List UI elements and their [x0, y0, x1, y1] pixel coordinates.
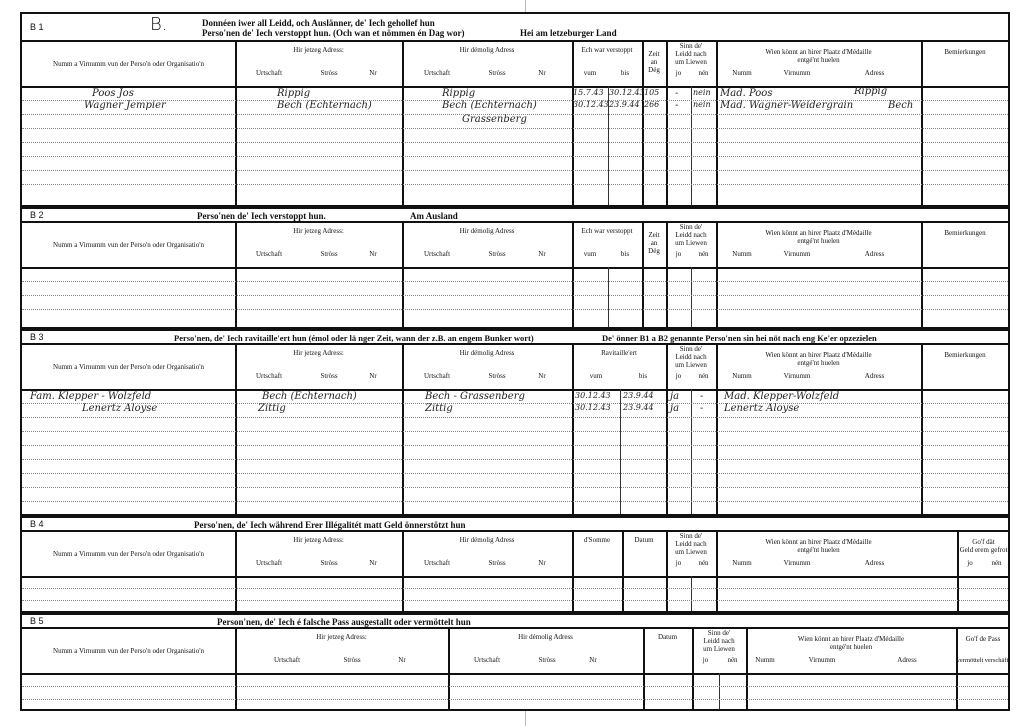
- row-name: Fam. Klepper - Wolzfeld: [30, 391, 151, 402]
- header-money-asked: Geld erem gefrot: [957, 546, 1010, 555]
- header-bought: verschäft: [983, 656, 1010, 665]
- row-name: Poos Jos: [92, 88, 134, 99]
- header-street: Stròss: [304, 69, 354, 78]
- section-code: B 3: [30, 332, 44, 342]
- column-header-row: Numm a Virnumm vun der Perso'n oder Orga…: [22, 223, 1008, 269]
- header-street: Stròss: [304, 250, 354, 259]
- header-from: vum: [572, 372, 620, 381]
- section-code: B 2: [30, 210, 44, 220]
- row-medal-address: Bech: [888, 100, 913, 111]
- section-b5: B 5 Person'nen, de' Iech é falsche Pass …: [20, 613, 1010, 711]
- form-letter: B.: [150, 14, 168, 35]
- section-b3-header: B 3 Perso'nen, de' Iech ravitaille'ert h…: [22, 331, 1008, 345]
- row-medal-address: Rippig: [854, 86, 887, 97]
- header-medal-firstname: Virnumm: [767, 250, 827, 259]
- header-yes: jo: [957, 559, 983, 568]
- section-b5-header: B 5 Person'nen, de' Iech é falsche Pass …: [22, 615, 1008, 629]
- header-alive: um Liewen: [692, 645, 746, 654]
- section-title-right: Am Ausland: [410, 211, 458, 221]
- header-name: Numm a Virnumm vun der Perso'n oder Orga…: [22, 60, 235, 69]
- section-b1-header: B 1 B. Donnéen iwer all Leidd, och Auslä…: [22, 14, 1008, 42]
- row-no: -: [700, 391, 703, 402]
- header-nr: Nr: [358, 372, 388, 381]
- header-alive: um Liewen: [666, 239, 716, 248]
- header-nr: Nr: [527, 250, 557, 259]
- section-title-right: De' önner B1 a B2 genannte Perso'nen sin…: [602, 333, 877, 343]
- header-sum: d'Somme: [572, 536, 622, 545]
- row-days: 105: [644, 88, 659, 97]
- header-mediated: vermöttelt: [956, 656, 984, 665]
- section-code: B 4: [30, 519, 44, 529]
- section-title: Perso'nen, de' Iech während Erer Illégal…: [194, 520, 465, 530]
- header-medal: entgé'nt huelen: [746, 643, 956, 652]
- header-name: Numm a Virnumm vun der Perso'n oder Orga…: [22, 647, 235, 656]
- section-b2-header: B 2 Perso'nen de' Iech verstoppt hun. Am…: [22, 209, 1008, 223]
- header-locality: Urtschaft: [462, 656, 512, 665]
- header-street: Stròss: [472, 250, 522, 259]
- header-medal-firstname: Virnumm: [767, 372, 827, 381]
- header-yes: jo: [666, 372, 691, 381]
- row-former-address: Rippig: [442, 88, 475, 99]
- header-days: Dég: [642, 66, 666, 75]
- header-street: Stròss: [327, 656, 377, 665]
- header-no: nén: [691, 69, 716, 78]
- header-locality: Urtschaft: [262, 656, 312, 665]
- row-name: Lenertz Aloyse: [82, 403, 157, 414]
- row-no: nein: [693, 88, 711, 97]
- row-yes: -: [675, 100, 678, 111]
- section-title: Perso'nen, de' Iech ravitaille'ert hun (…: [174, 333, 534, 343]
- row-yes: -: [675, 88, 678, 99]
- row-yes: ja: [670, 403, 679, 414]
- header-street: Stròss: [472, 69, 522, 78]
- header-medal-address: Adress: [832, 559, 917, 568]
- header-medal-name: Numm: [722, 250, 762, 259]
- row-current-address: Bech (Echternach): [262, 391, 357, 402]
- header-locality: Urtschaft: [412, 559, 462, 568]
- header-yes: jo: [666, 559, 691, 568]
- section-title-right: Hei am letzeburger Land: [520, 28, 617, 38]
- row-medal: Mad. Wagner-Weidergrain: [720, 100, 853, 111]
- header-current-address: Hir jetzeg Adress:: [235, 536, 402, 545]
- row-until: 30.12.43: [609, 88, 645, 97]
- header-street: Stròss: [304, 559, 354, 568]
- header-former-address: Hir démolig Adress: [402, 227, 572, 236]
- row-from: 15.7.43: [573, 88, 604, 97]
- header-no: nén: [983, 559, 1010, 568]
- header-yes: jo: [692, 656, 719, 665]
- b2-body: [22, 267, 1008, 327]
- header-locality: Urtschaft: [244, 372, 294, 381]
- header-former-address: Hir démolig Adress: [402, 536, 572, 545]
- header-name: Numm a Virnumm vun der Perso'n oder Orga…: [22, 241, 235, 250]
- header-current-address: Hir jetzeg Adress:: [235, 46, 402, 55]
- header-nr: Nr: [527, 559, 557, 568]
- header-medal-name: Numm: [722, 559, 762, 568]
- section-b2: B 2 Perso'nen de' Iech verstoppt hun. Am…: [20, 207, 1010, 329]
- section-code: B 5: [30, 616, 44, 626]
- header-days: Dég: [642, 247, 666, 256]
- header-medal: entgé'nt huelen: [716, 56, 921, 65]
- b5-body: [22, 673, 1008, 709]
- header-nr: Nr: [358, 559, 388, 568]
- header-current-address: Hir jetzeg Adress:: [235, 227, 402, 236]
- row-current-address: Rippig: [277, 88, 310, 99]
- row-from: 30.12.43: [575, 403, 611, 412]
- section-title: Perso'nen de' Iech verstoppt hun.: [197, 211, 326, 221]
- header-medal-firstname: Virnumm: [792, 656, 852, 665]
- header-medal-name: Numm: [748, 656, 782, 665]
- header-from: vum: [572, 250, 608, 259]
- header-medal: entgé'nt huelen: [716, 359, 921, 368]
- header-current-address: Hir jetzeg Adress:: [235, 349, 402, 358]
- row-current-address: Bech (Echternach): [277, 100, 372, 111]
- header-medal-firstname: Virnumm: [767, 559, 827, 568]
- header-no: nén: [691, 559, 716, 568]
- header-medal-address: Adress: [832, 250, 917, 259]
- header-medal-name: Numm: [722, 69, 762, 78]
- header-locality: Urtschaft: [412, 372, 462, 381]
- row-medal: Lenertz Aloyse: [724, 403, 799, 414]
- header-former-address: Hir démolig Adress: [402, 349, 572, 358]
- header-nr: Nr: [527, 372, 557, 381]
- header-locality: Urtschaft: [244, 559, 294, 568]
- header-until: bis: [608, 250, 642, 259]
- b3-body: Fam. Klepper - Wolzfeld Lenertz Aloyse B…: [22, 389, 1008, 514]
- header-date: Datum: [643, 633, 692, 642]
- row-name: Wagner Jempier: [84, 100, 166, 111]
- section-title-line2: Perso'nen de' Iech verstoppt hun. (Och w…: [202, 28, 465, 38]
- section-b4-header: B 4 Perso'nen, de' Iech während Erer Ill…: [22, 518, 1008, 532]
- header-supplied: Ravitaille'ert: [572, 349, 666, 358]
- section-b1: B 1 B. Donnéen iwer all Leidd, och Auslä…: [20, 12, 1010, 207]
- header-locality: Urtschaft: [244, 250, 294, 259]
- b4-body: [22, 576, 1008, 611]
- header-medal-address: Adress: [832, 69, 917, 78]
- header-alive: um Liewen: [666, 361, 716, 370]
- header-from: vum: [572, 69, 608, 78]
- row-from: 30.12.43: [575, 391, 611, 400]
- header-current-address: Hir jetzeg Adress:: [235, 633, 448, 642]
- header-street: Stròss: [472, 372, 522, 381]
- section-b4: B 4 Perso'nen, de' Iech während Erer Ill…: [20, 516, 1010, 613]
- row-former-address: Bech (Echternach): [442, 100, 537, 111]
- column-header-row: Numm a Virnumm vun der Perso'n oder Orga…: [22, 532, 1008, 578]
- header-remarks: Bemierkungen: [921, 48, 1009, 57]
- header-medal-address: Adress: [862, 656, 952, 665]
- header-street: Stròss: [472, 559, 522, 568]
- header-nr: Nr: [358, 69, 388, 78]
- header-alive: um Liewen: [666, 548, 716, 557]
- section-code: B 1: [30, 22, 44, 32]
- row-former-address-2: Grassenberg: [462, 114, 527, 125]
- header-medal-address: Adress: [832, 372, 917, 381]
- header-remarks: Bemierkungen: [921, 229, 1009, 238]
- section-title-line1: Donnéen iwer all Leidd, och Auslänner, d…: [202, 18, 435, 28]
- row-until: 23.9.44: [623, 403, 654, 412]
- header-medal: entgé'nt huelen: [716, 546, 921, 555]
- row-days: 266: [644, 100, 659, 109]
- header-no: nén: [719, 656, 746, 665]
- header-nr: Nr: [358, 250, 388, 259]
- header-yes: jo: [666, 69, 691, 78]
- row-former-address: Zittig: [425, 403, 453, 414]
- row-until: 23.9.44: [623, 391, 654, 400]
- column-header-row: Numm a Virnumm vun der Perso'n oder Orga…: [22, 629, 1008, 675]
- header-until: bis: [620, 372, 666, 381]
- header-hidden: Ech war verstoppt: [572, 227, 642, 236]
- header-nr: Nr: [578, 656, 608, 665]
- header-locality: Urtschaft: [412, 69, 462, 78]
- header-no: nén: [691, 372, 716, 381]
- header-alive: um Liewen: [666, 58, 716, 67]
- column-header-row: Numm a Virnumm vun der Perso'n oder Orga…: [22, 42, 1008, 88]
- header-street: Stròss: [522, 656, 572, 665]
- header-pass: Go'f de Pass: [956, 635, 1010, 644]
- header-street: Stròss: [304, 372, 354, 381]
- header-date: Datum: [622, 536, 666, 545]
- header-name: Numm a Virnumm vun der Perso'n oder Orga…: [22, 363, 235, 372]
- header-until: bis: [608, 69, 642, 78]
- row-yes: ja: [670, 391, 679, 402]
- row-no: nein: [693, 100, 711, 109]
- row-former-address: Bech - Grassenberg: [425, 391, 525, 402]
- header-no: nén: [691, 250, 716, 259]
- header-locality: Urtschaft: [412, 250, 462, 259]
- column-header-row: Numm a Virnumm vun der Perso'n oder Orga…: [22, 345, 1008, 391]
- row-medal: Mad. Klepper-Wolzfeld: [724, 391, 839, 402]
- row-medal: Mad. Poos: [720, 88, 772, 99]
- header-yes: jo: [666, 250, 691, 259]
- header-nr: Nr: [387, 656, 417, 665]
- section-title: Person'nen, de' Iech é falsche Pass ausg…: [217, 617, 471, 627]
- row-from: 30.12.43: [573, 100, 609, 109]
- header-remarks: Bemierkungen: [921, 351, 1009, 360]
- header-former-address: Hir démolig Adress: [448, 633, 643, 642]
- row-no: -: [700, 403, 703, 414]
- header-hidden: Ech war verstoppt: [572, 46, 642, 55]
- section-b3: B 3 Perso'nen, de' Iech ravitaille'ert h…: [20, 329, 1010, 516]
- b1-body: Poos Jos Wagner Jempier Rippig Bech (Ech…: [22, 86, 1008, 205]
- header-locality: Urtschaft: [244, 69, 294, 78]
- row-current-address: Zittig: [258, 403, 286, 414]
- header-name: Numm a Virnumm vun der Perso'n oder Orga…: [22, 550, 235, 559]
- row-until: 23.9.44: [609, 100, 640, 109]
- header-medal-firstname: Virnumm: [767, 69, 827, 78]
- header-former-address: Hir démolig Adress: [402, 46, 572, 55]
- header-nr: Nr: [527, 69, 557, 78]
- header-medal: entgé'nt huelen: [716, 237, 921, 246]
- header-medal-name: Numm: [722, 372, 762, 381]
